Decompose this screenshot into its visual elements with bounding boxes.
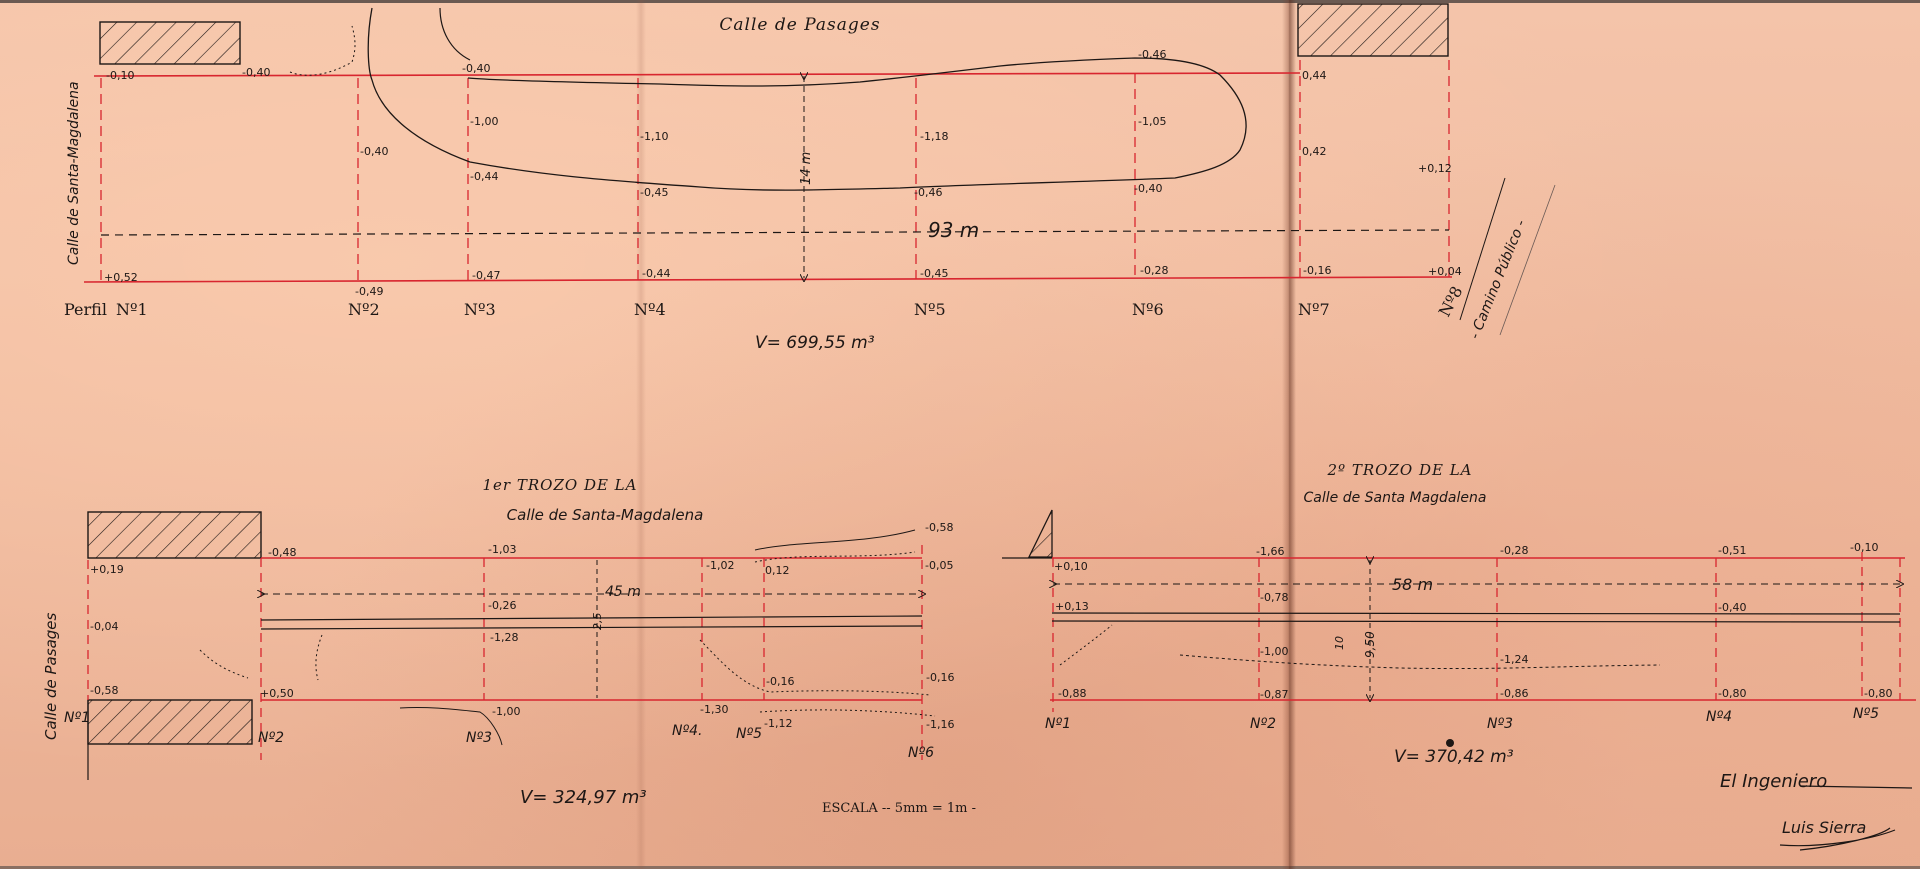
profile-label-5: Nº5 — [914, 300, 946, 319]
elev: -1,16 — [926, 718, 954, 731]
section-2-verticals — [1053, 552, 1900, 712]
elev: -1,03 — [488, 543, 516, 556]
profile-label-1: Nº1 — [116, 300, 148, 319]
elev: +0,50 — [260, 687, 294, 700]
s1-profile-1: Nº1 — [64, 710, 90, 726]
elev: -0,58 — [90, 684, 118, 697]
elev: -0,46 — [1138, 48, 1166, 61]
signature-block: El Ingeniero Luis Sierra — [1720, 771, 1912, 850]
elev: -1,12 — [764, 717, 792, 730]
elev: -0,28 — [1140, 264, 1168, 277]
section-1-title-line1: 1er TROZO DE LA — [483, 476, 638, 494]
signature-name: Luis Sierra — [1782, 818, 1866, 837]
profile-label-2: Nº2 — [348, 300, 380, 319]
building-hatch-top-left — [100, 22, 240, 64]
bottom-boundary-line — [84, 277, 1452, 282]
elev: -0,40 — [1134, 182, 1162, 195]
elev: -0,80 — [1718, 687, 1746, 700]
building-hatch-2 — [1029, 510, 1052, 557]
section-1-title-line2: Calle de Santa-Magdalena — [507, 506, 704, 524]
elev: -1,00 — [470, 115, 498, 128]
elev: -0,47 — [472, 269, 500, 282]
elev: -1,28 — [490, 631, 518, 644]
elev: -0,40 — [1718, 601, 1746, 614]
profile-label-4: Nº4 — [634, 300, 666, 319]
top-plan-title: Calle de Pasages — [719, 15, 880, 35]
elev: -0,16 — [1303, 264, 1331, 277]
section-2-mid-label: 10 — [1333, 636, 1346, 650]
elev: +0,19 — [90, 563, 124, 576]
elev: 0,12 — [765, 564, 790, 577]
s2-profile-3: Nº3 — [1487, 716, 1513, 732]
elev: -0,10 — [1850, 541, 1878, 554]
building-hatch-1-bottom — [88, 700, 252, 744]
s2-profile-1: Nº1 — [1045, 716, 1071, 732]
profile-label-7: Nº7 — [1298, 300, 1330, 319]
profile-label-6: Nº6 — [1132, 300, 1164, 319]
s1-profile-2: Nº2 — [258, 730, 284, 746]
elev: -0,49 — [355, 285, 383, 298]
slope-hatching-s2-left — [1060, 625, 1112, 665]
elev: -0,40 — [360, 145, 388, 158]
excavation-outline-top — [440, 8, 470, 60]
elev: -1,00 — [492, 705, 520, 718]
length-dimension-line — [101, 230, 1449, 235]
section-2-title-line1: 2º TROZO DE LA — [1327, 461, 1473, 479]
s2-profile-2: Nº2 — [1250, 716, 1276, 732]
section-1: 1er TROZO DE LA Calle de Santa-Magdalena… — [42, 476, 976, 816]
drawing-canvas: Calle de Pasages 93 m — [0, 0, 1920, 869]
slope-hatch-left — [200, 650, 248, 678]
s2-profile-5: Nº5 — [1853, 706, 1879, 722]
elev: -0,51 — [1718, 544, 1746, 557]
slope-hatching-s2 — [1180, 655, 1660, 669]
slope-hatch-mid — [316, 635, 322, 680]
elev: -0,40 — [242, 66, 270, 79]
slope-upper-hatch — [755, 552, 915, 562]
elev: -1,00 — [1260, 645, 1288, 658]
elev: -0,87 — [1260, 688, 1288, 701]
top-boundary-line — [94, 73, 1300, 76]
elev: -0,44 — [470, 170, 498, 183]
section-2-length-label: 58 m — [1392, 575, 1433, 594]
section-2-width-label: 9,50 — [1363, 631, 1377, 658]
elev: -0,46 — [914, 186, 942, 199]
elev: -0,48 — [268, 546, 296, 559]
s2-profile-4: Nº4 — [1706, 709, 1732, 725]
profile-verticals — [101, 60, 1449, 282]
elev: -0,80 — [1864, 687, 1892, 700]
scale-label: ESCALA -- 5mm = 1m - — [822, 801, 976, 816]
elev: -0,05 — [925, 559, 953, 572]
slope-hatching-top — [290, 26, 355, 75]
elev: -0,10 — [106, 69, 134, 82]
elev: -0,40 — [462, 62, 490, 75]
elev: -0,88 — [1058, 687, 1086, 700]
elev: -0,26 — [488, 599, 516, 612]
elev: -0,45 — [920, 267, 948, 280]
elev: -0,16 — [766, 675, 794, 688]
elev: +0,12 — [1418, 162, 1452, 175]
section-1-length-label: 45 m — [605, 584, 641, 600]
top-plan: Calle de Pasages 93 m — [64, 4, 1555, 353]
elev: -0,28 — [1500, 544, 1528, 557]
top-volume-label: V= 699,55 m³ — [755, 333, 875, 353]
elev: +0,04 — [1428, 265, 1462, 278]
elev: -0,44 — [642, 267, 670, 280]
profile-prefix: Perfil — [64, 300, 107, 319]
profile-label-3: Nº3 — [464, 300, 496, 319]
width-label: 14 m — [799, 152, 814, 185]
road-line-b — [1052, 621, 1900, 622]
elev: -1,24 — [1500, 653, 1528, 666]
s1-profile-3: Nº3 — [466, 730, 492, 746]
elev: 0,44 — [1302, 69, 1327, 82]
slope-lower-hatch — [700, 640, 930, 695]
signature-title: El Ingeniero — [1720, 771, 1827, 792]
elev: -0,78 — [1260, 591, 1288, 604]
slope-upper — [755, 530, 915, 550]
building-hatch-top-right — [1298, 4, 1448, 56]
elev: -1,02 — [706, 559, 734, 572]
side-street-label: Calle de Santa-Magdalena — [66, 81, 82, 265]
s1-profile-5: Nº5 — [736, 726, 762, 742]
elev: -0,86 — [1500, 687, 1528, 700]
s1-profile-4: Nº4. — [672, 723, 702, 739]
section-1-volume-label: V= 324,97 m³ — [520, 787, 647, 808]
elev: -0,16 — [926, 671, 954, 684]
elev: -1,05 — [1138, 115, 1166, 128]
elev: -0,04 — [90, 620, 118, 633]
slope-lower-hatch-2 — [760, 710, 935, 716]
elev: +0,52 — [104, 271, 138, 284]
elev: -0,45 — [640, 186, 668, 199]
survey-sheet: Calle de Pasages 93 m — [0, 0, 1920, 869]
elev: +0,10 — [1054, 560, 1088, 573]
s1-profile-6: Nº6 — [908, 745, 934, 761]
section-2: 2º TROZO DE LA Calle de Santa Magdalena … — [1002, 461, 1916, 767]
elev: -1,10 — [640, 130, 668, 143]
elev: +0,13 — [1055, 600, 1089, 613]
section-1-width-label: 2,5 — [591, 613, 604, 631]
ink-spot — [1446, 739, 1454, 747]
section-1-side-label: Calle de Pasages — [42, 612, 60, 740]
elev: -1,66 — [1256, 545, 1284, 558]
length-label: 93 m — [928, 218, 979, 242]
building-hatch-1-top — [88, 512, 261, 558]
elev: 0,42 — [1302, 145, 1327, 158]
elev: -1,18 — [920, 130, 948, 143]
elev: -0,58 — [925, 521, 953, 534]
section-2-title-line2: Calle de Santa Magdalena — [1304, 490, 1487, 506]
road-line-a — [1052, 613, 1900, 614]
elev: -1,30 — [700, 703, 728, 716]
section-2-volume-label: V= 370,42 m³ — [1394, 747, 1514, 767]
